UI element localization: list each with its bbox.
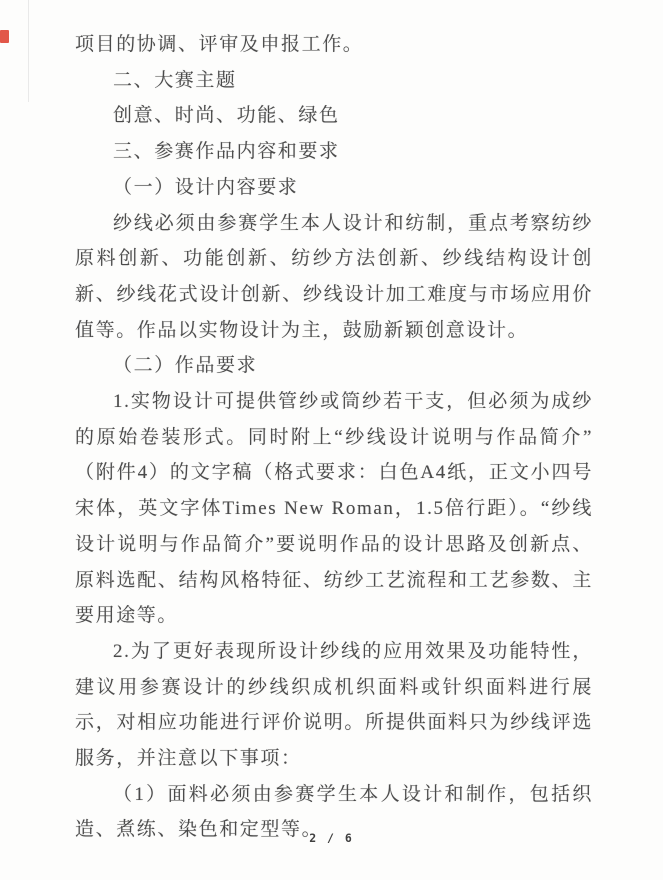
paragraph-work-requirement-2: 2.为了更好表现所设计纱线的应用效果及功能特性，建议用参赛设计的纱线织成机织面料… <box>75 634 593 777</box>
page-number-text: 2 / 6 <box>309 831 354 845</box>
paragraph-continuation: 项目的协调、评审及申报工作。 <box>75 27 593 63</box>
red-scan-mark <box>0 30 9 43</box>
heading-entry-requirements: 三、参赛作品内容和要求 <box>75 134 593 170</box>
paragraph-theme-keywords: 创意、时尚、功能、绿色 <box>75 98 593 134</box>
paragraph-work-requirement-1: 1.实物设计可提供管纱或筒纱若干支，但必须为成纱的原始卷装形式。同时附上“纱线设… <box>75 384 593 634</box>
heading-contest-theme: 二、大赛主题 <box>75 63 593 99</box>
paragraph-design-content: 纱线必须由参赛学生本人设计和纺制，重点考察纺纱原料创新、功能创新、纺纱方法创新、… <box>75 206 593 349</box>
page-footer: 2 / 6 <box>0 831 663 845</box>
document-body: 项目的协调、评审及申报工作。 二、大赛主题 创意、时尚、功能、绿色 三、参赛作品… <box>75 27 593 848</box>
subheading-work-requirements: （二）作品要求 <box>75 348 593 384</box>
document-page: 项目的协调、评审及申报工作。 二、大赛主题 创意、时尚、功能、绿色 三、参赛作品… <box>0 0 663 880</box>
scan-edge-artifact <box>28 0 29 102</box>
subheading-design-content: （一）设计内容要求 <box>75 170 593 206</box>
